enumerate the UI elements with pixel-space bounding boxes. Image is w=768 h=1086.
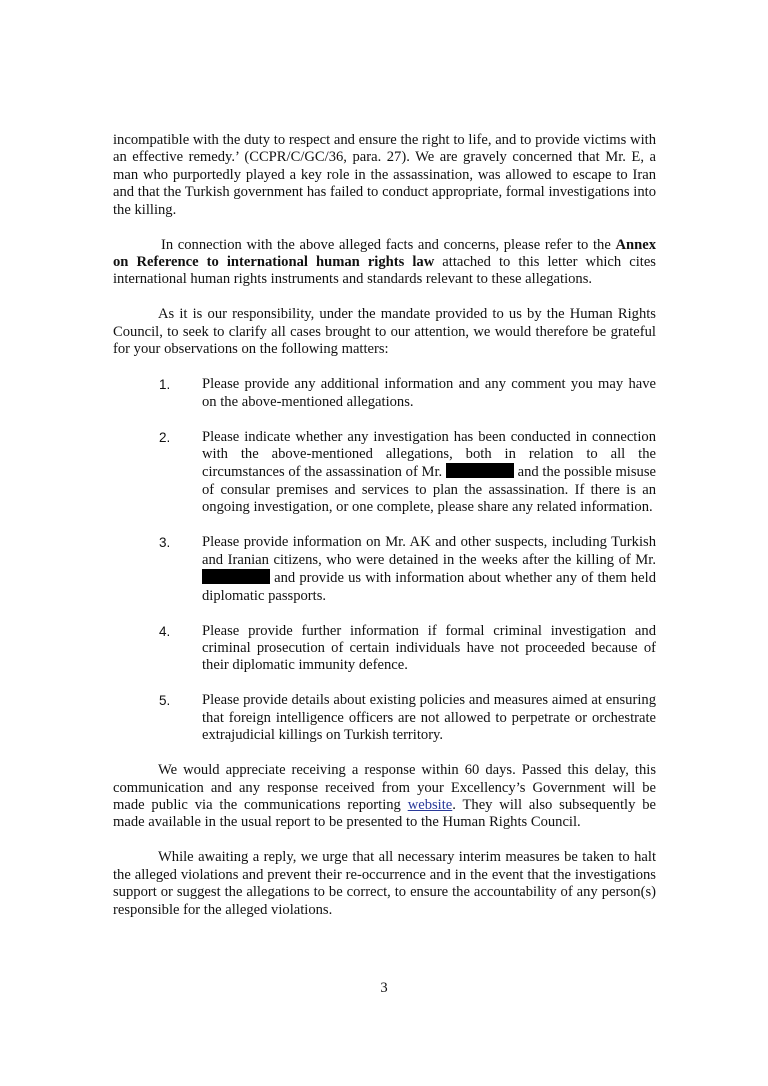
redacted-name bbox=[446, 463, 514, 478]
website-link[interactable]: website bbox=[408, 797, 453, 813]
question-number: 2. bbox=[159, 429, 170, 446]
paragraph-mandate: As it is our responsibility, under the m… bbox=[113, 306, 656, 358]
question-text: Please provide any additional informatio… bbox=[202, 376, 656, 409]
question-item-1: 1. Please provide any additional informa… bbox=[113, 376, 656, 411]
annex-intro-text: In connection with the above alleged fac… bbox=[161, 237, 615, 253]
paragraph-right-to-life: incompatible with the duty to respect an… bbox=[113, 132, 656, 219]
page-number: 3 bbox=[0, 980, 768, 997]
question-text-after: and provide us with information about wh… bbox=[202, 570, 656, 603]
paragraph-annex-reference: In connection with the above alleged fac… bbox=[113, 237, 656, 289]
questions-list: 1. Please provide any additional informa… bbox=[113, 376, 656, 744]
question-item-5: 5. Please provide details about existing… bbox=[113, 692, 656, 744]
question-item-2: 2. Please indicate whether any investiga… bbox=[113, 429, 656, 517]
question-text-before: Please provide information on Mr. AK and… bbox=[202, 534, 656, 567]
paragraph-interim-measures: While awaiting a reply, we urge that all… bbox=[113, 849, 656, 919]
question-item-3: 3. Please provide information on Mr. AK … bbox=[113, 534, 656, 605]
question-number: 5. bbox=[159, 692, 170, 709]
document-page: incompatible with the duty to respect an… bbox=[113, 132, 656, 937]
redacted-name bbox=[202, 569, 270, 584]
paragraph-response-deadline: We would appreciate receiving a response… bbox=[113, 762, 656, 832]
question-item-4: 4. Please provide further information if… bbox=[113, 623, 656, 675]
question-number: 3. bbox=[159, 534, 170, 551]
question-text: Please provide details about existing po… bbox=[202, 692, 656, 743]
question-number: 1. bbox=[159, 376, 170, 393]
question-text: Please provide further information if fo… bbox=[202, 623, 656, 674]
question-number: 4. bbox=[159, 623, 170, 640]
